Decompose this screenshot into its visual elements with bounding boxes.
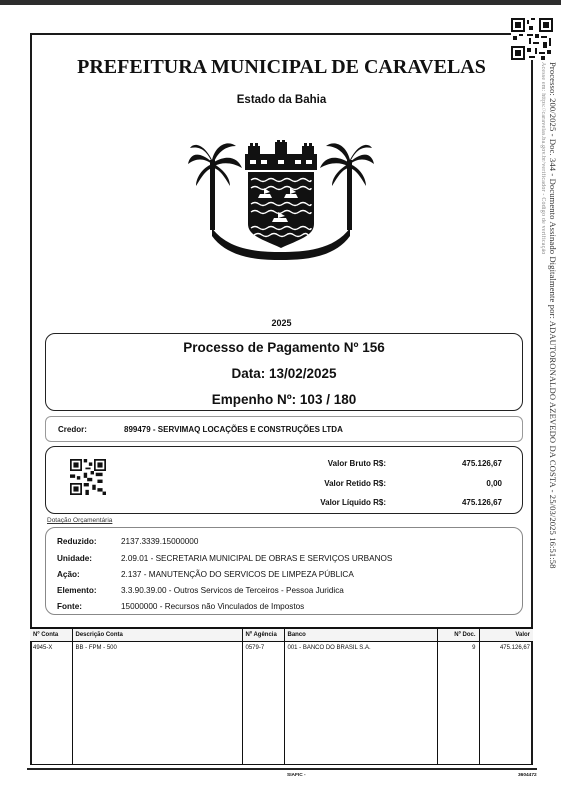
table-row: 4945-X BB - FPM - 500 0579-7 001 - BANCO… <box>30 642 533 765</box>
verification-url-stamp: Acesse em: https://caravelas.ba.gov.br/v… <box>540 62 546 442</box>
coat-of-arms-icon <box>188 140 374 260</box>
footer-code: 3604472 <box>518 773 537 778</box>
column-header: Banco <box>284 628 437 642</box>
document-year: 2025 <box>30 318 533 328</box>
budget-row-label: Unidade: <box>57 554 127 563</box>
doc-number-cell: 9 <box>437 642 479 765</box>
creditor-box: Credor: 899479 - SERVIMAQ LOCAÇÕES E CON… <box>45 416 523 442</box>
gross-value-label: Valor Bruto R$: <box>328 459 386 468</box>
payment-date: Data: 13/02/2025 <box>46 366 522 381</box>
withheld-value-label: Valor Retido R$: <box>324 479 386 488</box>
budget-row-value: 2.137 - MANUTENÇÃO DO SERVICOS DE LIMPEZ… <box>121 570 354 579</box>
creditor-label: Credor: <box>58 425 87 434</box>
creditor-value: 899479 - SERVIMAQ LOCAÇÕES E CONSTRUÇÕES… <box>124 425 343 434</box>
column-header: Nº Conta <box>30 628 72 642</box>
budget-row-label: Fonte: <box>57 602 127 611</box>
values-box: Valor Bruto R$: 475.126,67 Valor Retido … <box>45 446 523 514</box>
account-description-cell: BB - FPM - 500 <box>72 642 242 765</box>
budget-allocation-box: Reduzido: 2137.3339.15000000 Unidade: 2.… <box>45 527 523 615</box>
account-number-cell: 4945-X <box>30 642 72 765</box>
column-header: Descrição Conta <box>72 628 242 642</box>
column-header: Valor <box>479 628 533 642</box>
budget-row-value: 3.3.90.39.00 - Outros Servicos de Tercei… <box>121 586 344 595</box>
page-title: PREFEITURA MUNICIPAL DE CARAVELAS <box>30 56 533 79</box>
budget-row-label: Ação: <box>57 570 127 579</box>
net-value-label: Valor Líquido R$: <box>320 498 386 507</box>
net-value: 475.126,67 <box>462 498 502 507</box>
footer-divider <box>27 768 537 770</box>
qr-code-icon <box>511 18 553 60</box>
payment-process-box: Processo de Pagamento Nº 156 Data: 13/02… <box>45 333 523 411</box>
budget-row-value: 15000000 - Recursos não Vinculados de Im… <box>121 602 304 611</box>
budget-row-label: Reduzido: <box>57 537 127 546</box>
budget-row-value: 2137.3339.15000000 <box>121 537 198 546</box>
bank-account-table: Nº Conta Descrição Conta Nº Agência Banc… <box>30 627 533 765</box>
footer-system-label: SIAFIC - <box>287 773 306 778</box>
budget-row-value: 2.09.01 - SECRETARIA MUNICIPAL DE OBRAS … <box>121 554 392 563</box>
gross-value: 475.126,67 <box>462 459 502 468</box>
column-header: Nº Doc. <box>437 628 479 642</box>
table-header-row: Nº Conta Descrição Conta Nº Agência Banc… <box>30 628 533 642</box>
budget-row-label: Elemento: <box>57 586 127 595</box>
amount-cell: 475.126,67 <box>479 642 533 765</box>
page-subtitle: Estado da Bahia <box>30 94 533 106</box>
qr-code-icon <box>70 459 106 495</box>
digital-signature-stamp: Processo: 200/2025 - Doc. 344 - Document… <box>548 62 558 522</box>
column-header: Nº Agência <box>242 628 284 642</box>
payment-process-number: Processo de Pagamento Nº 156 <box>46 340 522 355</box>
budget-allocation-label: Dotação Orçamentária <box>47 517 112 524</box>
viewer-top-bar <box>0 0 561 5</box>
bank-cell: 001 - BANCO DO BRASIL S.A. <box>284 642 437 765</box>
commitment-number: Empenho Nº: 103 / 180 <box>46 392 522 407</box>
agency-number-cell: 0579-7 <box>242 642 284 765</box>
withheld-value: 0,00 <box>486 479 502 488</box>
